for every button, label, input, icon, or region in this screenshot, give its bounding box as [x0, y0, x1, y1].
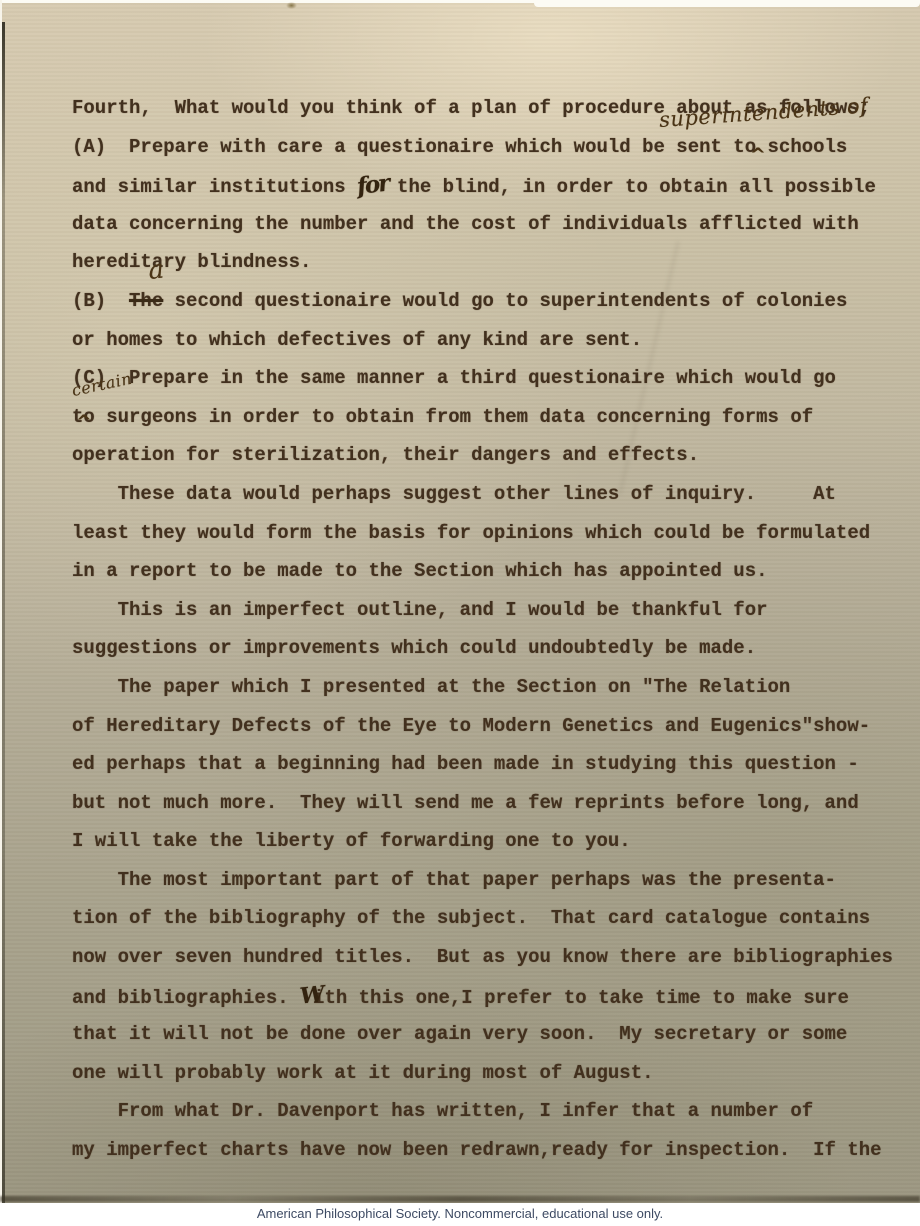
typed-line-1: Fourth, What would you think of a plan o… — [72, 89, 902, 128]
typed-text-segment: one will probably work at it during most… — [72, 1062, 654, 1084]
typed-line-23: now over seven hundred titles. But as yo… — [72, 938, 902, 977]
scan-shadow-left — [2, 22, 5, 1203]
typed-text-segment: to surgeons in order to obtain from them… — [72, 406, 813, 428]
typed-text-segment: of Hereditary Defects of the Eye to Mode… — [72, 715, 870, 737]
typed-text-segment: data concerning the number and the cost … — [72, 213, 859, 235]
typed-line-14: This is an imperfect outline, and I woul… — [72, 591, 902, 630]
typed-line-28: my imperfect charts have now been redraw… — [72, 1131, 902, 1170]
typed-line-26: one will probably work at it during most… — [72, 1054, 902, 1093]
typed-line-10: operation for sterilization, their dange… — [72, 436, 902, 475]
typed-line-21: The most important part of that paper pe… — [72, 861, 902, 900]
archive-caption: American Philosophical Society. Noncomme… — [257, 1206, 663, 1221]
typed-line-22: tion of the bibliography of the subject.… — [72, 899, 902, 938]
typed-line-3: and similar institutions forthe blind, i… — [72, 166, 902, 205]
typed-text-segment: second questionaire would go to superint… — [163, 290, 847, 312]
typed-line-27: From what Dr. Davenport has written, I i… — [72, 1092, 902, 1131]
typed-text-segment: that it will not be done over again very… — [72, 1023, 847, 1045]
typed-text-segment: now over seven hundred titles. But as yo… — [72, 946, 893, 968]
typed-text-segment: This is an imperfect outline, and I woul… — [72, 599, 768, 621]
typed-text-segment: and bibliographies. — [72, 987, 300, 1009]
typed-text-segment: my imperfect charts have now been redraw… — [72, 1139, 882, 1161]
typed-text-segment: ed perhaps that a beginning had been mad… — [72, 753, 859, 775]
typed-text-segment: The paper which I presented at the Secti… — [72, 676, 790, 698]
typed-line-17: of Hereditary Defects of the Eye to Mode… — [72, 707, 902, 746]
typed-line-25: that it will not be done over again very… — [72, 1015, 902, 1054]
typed-line-15: suggestions or improvements which could … — [72, 629, 902, 668]
typed-line-6: (B) The second questionaire would go to … — [72, 282, 902, 321]
typed-text-segment: and similar institutions — [72, 176, 357, 198]
typed-line-8: (C) Prepare in the same manner a third q… — [72, 359, 902, 398]
typed-text-segment: (B) — [72, 290, 129, 312]
typed-text-segment: but not much more. They will send me a f… — [72, 792, 859, 814]
typed-text-segment: hereditary blindness. — [72, 251, 311, 273]
typed-line-4: data concerning the number and the cost … — [72, 205, 902, 244]
typed-line-7: or homes to which defectives of any kind… — [72, 321, 902, 360]
typed-text-segment: the blind, in order to obtain all possib… — [397, 176, 876, 198]
typed-line-24: and bibliographies. With this one,I pref… — [72, 977, 902, 1016]
paper-bottom-edge — [0, 1196, 920, 1202]
archive-footer-band: American Philosophical Society. Noncomme… — [0, 1203, 920, 1226]
typed-text-segment: in a report to be made to the Section wh… — [72, 560, 768, 582]
typed-text-segment: From what Dr. Davenport has written, I i… — [72, 1100, 813, 1122]
struckthrough-word: The — [129, 290, 163, 312]
typed-text-segment: (C) Prepare in the same manner a third q… — [72, 367, 836, 389]
typed-line-9: to surgeons in order to obtain from them… — [72, 398, 902, 437]
handwritten-correction: for — [355, 164, 397, 207]
typed-line-18: ed perhaps that a beginning had been mad… — [72, 745, 902, 784]
typed-line-11: These data would perhaps suggest other l… — [72, 475, 902, 514]
typed-line-20: I will take the liberty of forwarding on… — [72, 822, 902, 861]
typed-text-segment: or homes to which defectives of any kind… — [72, 329, 642, 351]
typed-text: Fourth, What would you think of a plan o… — [72, 89, 902, 1170]
typed-line-5: hereditary blindness. — [72, 243, 902, 282]
typed-line-2: (A) Prepare with care a questionaire whi… — [72, 128, 902, 167]
scan-edge-top-right — [534, 0, 920, 7]
typed-text-segment: least they would form the basis for opin… — [72, 522, 870, 544]
typed-text-segment: Fourth, What would you think of a plan o… — [72, 97, 870, 119]
typed-text-segment: The most important part of that paper pe… — [72, 869, 836, 891]
typed-line-16: The paper which I presented at the Secti… — [72, 668, 902, 707]
typed-line-13: in a report to be made to the Section wh… — [72, 552, 902, 591]
scanned-letter-page: Fourth, What would you think of a plan o… — [0, 0, 920, 1226]
typed-line-12: least they would form the basis for opin… — [72, 514, 902, 553]
typed-text-segment: suggestions or improvements which could … — [72, 637, 756, 659]
typed-text-segment: tion of the bibliography of the subject.… — [72, 907, 870, 929]
typed-text-segment: operation for sterilization, their dange… — [72, 444, 699, 466]
handwritten-correction: W — [298, 976, 315, 1016]
paper-stain — [286, 2, 297, 9]
typed-text-segment: These data would perhaps suggest other l… — [72, 483, 836, 505]
typed-text-segment: ith this one,I prefer to take time to ma… — [313, 987, 849, 1009]
typed-line-19: but not much more. They will send me a f… — [72, 784, 902, 823]
typed-text-segment: (A) Prepare with care a questionaire whi… — [72, 136, 847, 158]
typed-text-segment: I will take the liberty of forwarding on… — [72, 830, 631, 852]
